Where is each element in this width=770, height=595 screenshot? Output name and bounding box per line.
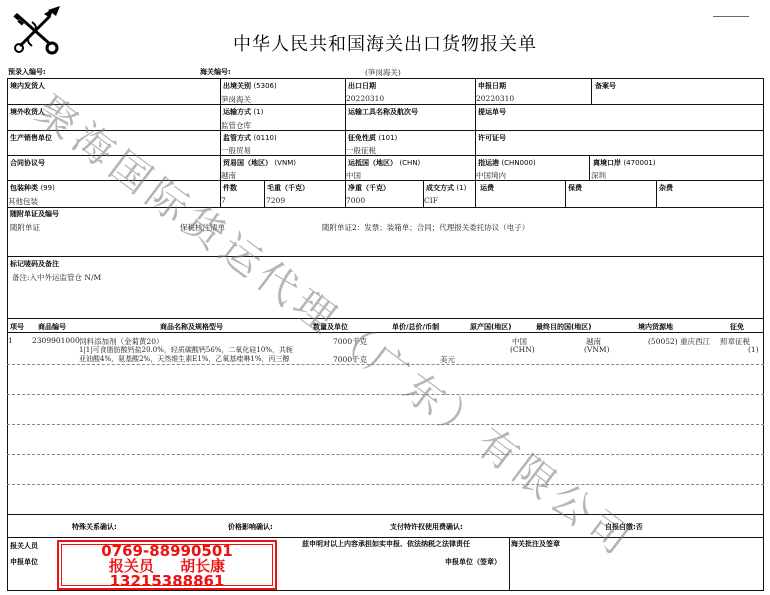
self-report-label: 自报自缴:否 [605, 522, 643, 532]
export-date-label: 出口日期 [348, 81, 376, 91]
contract-no-label: 合同协议号 [10, 158, 45, 168]
misc-fee-label: 杂费 [659, 183, 673, 193]
marks-label: 标记唛码及备注 [10, 259, 59, 269]
exit-port-label: 离境口岸 (470001) [593, 158, 656, 168]
levy-nature-value: 一般征税 [346, 145, 376, 156]
trade-country-label: 贸易国（地区） (VNM) [223, 158, 296, 168]
attached-doc2: 随附单证2：发票；装箱单；合同；代理报关委托协议（电子） [322, 222, 529, 233]
license-no-label: 许可证号 [478, 133, 506, 143]
col-item-no: 项号 [10, 322, 24, 332]
qty1: 7000千克 [333, 336, 367, 347]
col-qty: 数量及单位 [313, 322, 348, 332]
levy-code: (1) [748, 345, 759, 354]
pieces-label: 件数 [223, 183, 237, 193]
col-final-dest: 最终目的国(地区) [536, 322, 591, 332]
col-hs-code: 商品编号 [38, 322, 66, 332]
declare-date-value: 20220310 [476, 94, 514, 103]
currency: 美元 [440, 354, 455, 365]
net-weight-value: 7000 [346, 196, 365, 205]
pre-entry-no-label: 预录入编号: [8, 67, 46, 77]
destination-country-value: 中国 [346, 170, 361, 181]
price-influence-label: 价格影响确认: [228, 522, 273, 532]
package-type-label: 包装种类 (99) [10, 183, 55, 193]
gross-weight-label: 毛重（千克） [267, 183, 309, 193]
origin-code: (CHN) [510, 345, 535, 354]
bill-of-lading-label: 提运单号 [478, 107, 506, 117]
final-dest-code: (VNM) [584, 345, 610, 354]
gross-weight-value: 7209 [266, 196, 285, 205]
export-date-value: 20220310 [346, 94, 384, 103]
destination-country-label: 运抵国（地区） (CHN) [348, 158, 420, 168]
col-origin: 原产国(地区) [470, 322, 511, 332]
goods-spec-line2: 亚油酸4%，氨基酸2%，天然维生素E1%，乙氧基喹啉1%，丙三醇 [79, 354, 290, 364]
producer-label: 生产销售单位 [10, 133, 52, 143]
supervision-mode-label: 监管方式 (0110) [223, 133, 277, 143]
domestic-shipper-label: 境内发货人 [10, 81, 45, 91]
hs-code: 2309901000 [32, 336, 80, 345]
insurance-label: 保费 [568, 183, 582, 193]
overseas-consignee-label: 境外收货人 [10, 107, 45, 117]
stamp-mobile: 13215388861 [59, 574, 275, 589]
declare-date-label: 申报日期 [478, 81, 506, 91]
col-source: 境内货源地 [638, 322, 673, 332]
customs-office: (笋岗海关) [365, 67, 401, 78]
statement: 兹申明对以上内容承担如实申报、依法纳税之法律责任 [302, 539, 470, 549]
attached-docs-label: 随附单证及编号 [10, 209, 59, 219]
declarant-stamp: 0769-88990501 报关员 胡长康 13215388861 [57, 540, 277, 590]
unit-seal-label: 申报单位（签章） [445, 557, 501, 567]
qty2: 7000千克 [333, 354, 367, 365]
page-mark [713, 16, 749, 18]
export-customs-value: 笋岗海关 [221, 94, 251, 105]
marks-value: 备注:入中外运监管仓 N/M [12, 272, 101, 283]
col-levy: 征免 [730, 322, 744, 332]
transport-mode-label: 运输方式 (1) [223, 107, 263, 117]
col-name: 商品名称及规格型号 [160, 322, 223, 332]
supervision-mode-value: 一般贸易 [221, 145, 251, 156]
item-no: 1 [8, 336, 13, 345]
vessel-voyage-label: 运输工具名称及航次号 [348, 107, 418, 117]
special-relation-label: 特殊关系确认: [72, 522, 117, 532]
attached-doc-list: 保税核注清单 [180, 222, 225, 233]
export-customs-label: 出境关别 (5306) [223, 81, 277, 91]
package-type-value: 其他包装 [8, 196, 38, 207]
levy-nature-label: 征免性质 (101) [348, 133, 397, 143]
record-no-label: 备案号 [595, 81, 616, 91]
page-title: 中华人民共和国海关出口货物报关单 [0, 30, 770, 56]
customs-no-label: 海关编号: [200, 67, 231, 77]
levy: 照章征税 [720, 336, 750, 347]
royalty-label: 支付特许权使用费确认: [390, 522, 463, 532]
declarant-label: 报关人员 [10, 541, 38, 551]
freight-label: 运费 [480, 183, 494, 193]
col-price: 单价/总价/币制 [392, 322, 439, 332]
trade-country-value: 越南 [221, 170, 236, 181]
port-of-destination-value: 中国境内 [476, 170, 506, 181]
net-weight-label: 净重（千克） [348, 183, 390, 193]
customs-seal-label: 海关批注及签章 [511, 539, 560, 549]
transport-mode-value: 监管仓库 [221, 120, 251, 131]
attached-doc1: 随附单证 [10, 222, 40, 233]
exit-port-value: 深圳 [591, 170, 606, 181]
transaction-mode-value: CIF [424, 196, 438, 205]
pieces-value: 7 [221, 196, 226, 205]
declaring-unit-label: 申报单位 [10, 557, 38, 567]
port-of-destination-label: 指运港 (CHN000) [478, 158, 536, 168]
transaction-mode-label: 成交方式 (1) [426, 183, 466, 193]
source: (50052) 重庆西江 [648, 336, 710, 347]
